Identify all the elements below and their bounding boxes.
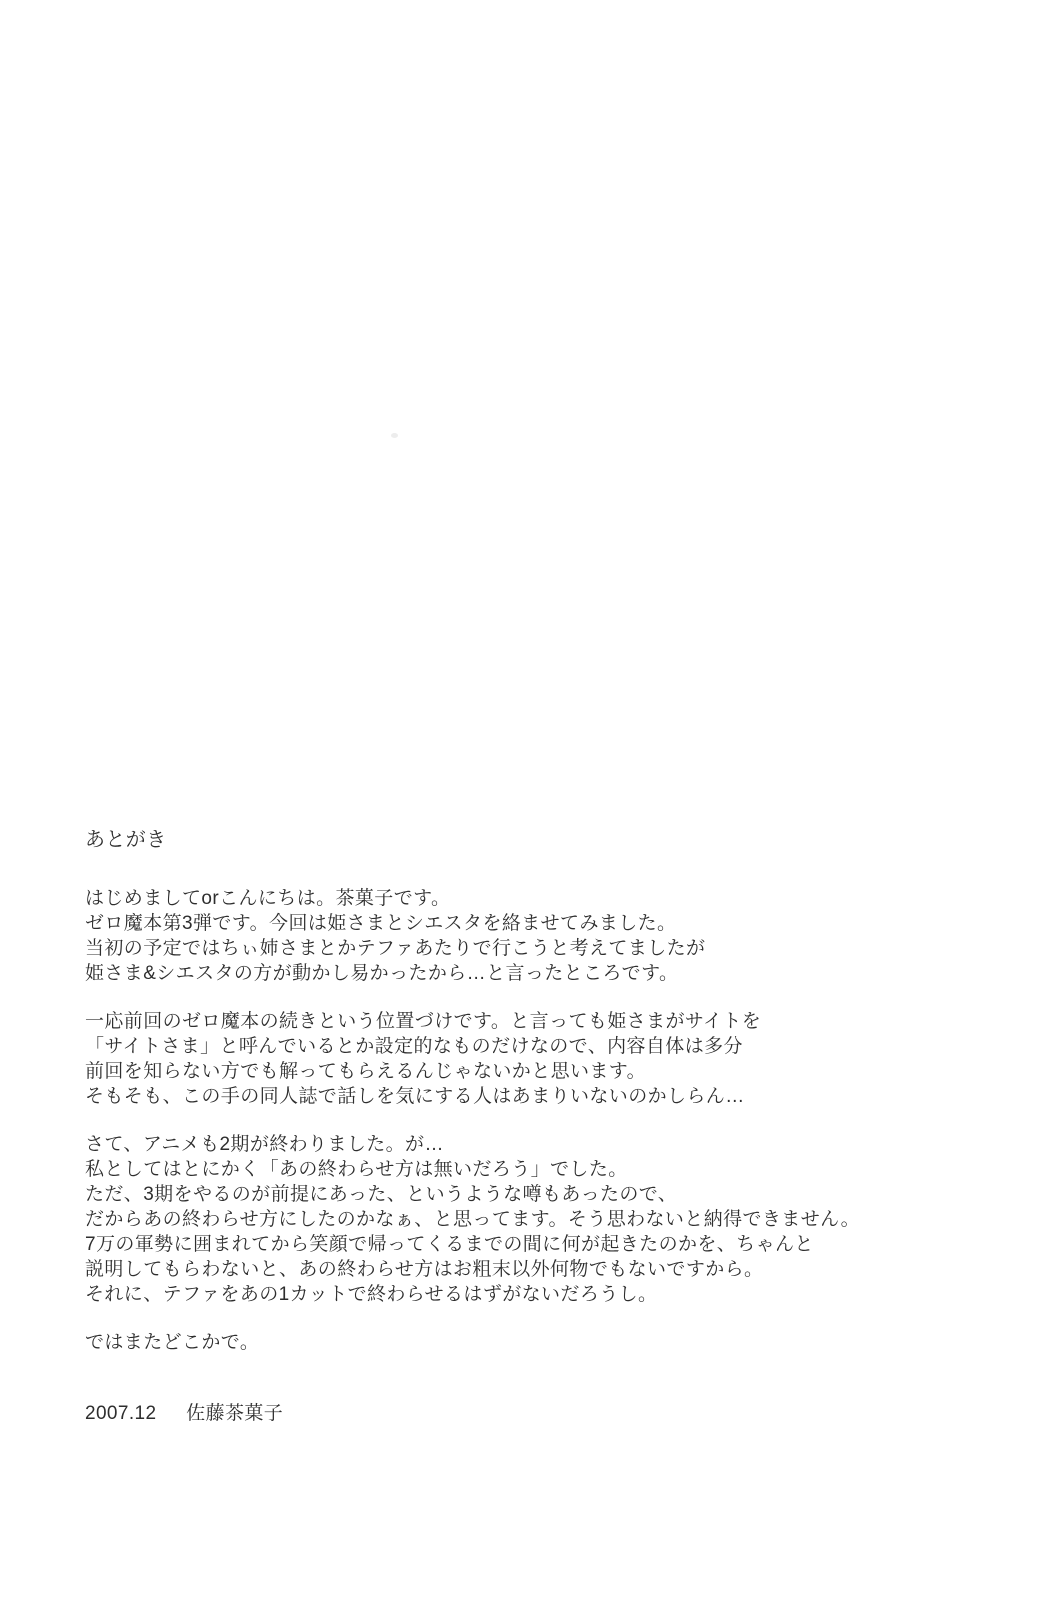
text-line: 7万の軍勢に囲まれてから笑顔で帰ってくるまでの間に何が起きたのかを、ちゃんと: [85, 1232, 985, 1257]
afterword-page: あとがき はじめましてorこんにちは。茶菓子です。ゼロ魔本第3弾です。今回は姫さ…: [0, 0, 1056, 1600]
text-line: 姫さま&シエスタの方が動かし易かったから…と言ったところです。: [85, 961, 985, 986]
closing-line: ではまたどこかで。: [85, 1330, 985, 1355]
text-line: はじめましてorこんにちは。茶菓子です。: [85, 886, 985, 911]
text-line: ただ、3期をやるのが前提にあった、というような噂もあったので、: [85, 1182, 985, 1207]
signature-date: 2007.12: [85, 1401, 156, 1426]
text-line: それに、テファをあの1カットで終わらせるはずがないだろうし。: [85, 1282, 985, 1307]
scan-artifact: [391, 433, 398, 438]
signature-author: 佐藤茶菓子: [186, 1401, 283, 1426]
paragraph: はじめましてorこんにちは。茶菓子です。ゼロ魔本第3弾です。今回は姫さまとシエス…: [85, 886, 985, 986]
signature: 2007.12 佐藤茶菓子: [85, 1401, 985, 1426]
text-line: 私としてはとにかく「あの終わらせ方は無いだろう」でした。: [85, 1157, 985, 1182]
text-line: そもそも、この手の同人誌で話しを気にする人はあまりいないのかしらん…: [85, 1084, 985, 1109]
text-line: 一応前回のゼロ魔本の続きという位置づけです。と言っても姫さまがサイトを: [85, 1009, 985, 1034]
text-line: ゼロ魔本第3弾です。今回は姫さまとシエスタを絡ませてみました。: [85, 911, 985, 936]
text-line: さて、アニメも2期が終わりました。が…: [85, 1132, 985, 1157]
afterword-content: あとがき はじめましてorこんにちは。茶菓子です。ゼロ魔本第3弾です。今回は姫さ…: [85, 828, 985, 1426]
text-line: 説明してもらわないと、あの終わらせ方はお粗末以外何物でもないですから。: [85, 1257, 985, 1282]
afterword-body: はじめましてorこんにちは。茶菓子です。ゼロ魔本第3弾です。今回は姫さまとシエス…: [85, 886, 985, 1307]
text-line: だからあの終わらせ方にしたのかなぁ、と思ってます。そう思わないと納得できません。: [85, 1207, 985, 1232]
page-title: あとがき: [85, 828, 985, 853]
paragraph: 一応前回のゼロ魔本の続きという位置づけです。と言っても姫さまがサイトを「サイトさ…: [85, 1009, 985, 1109]
text-line: 「サイトさま」と呼んでいるとか設定的なものだけなので、内容自体は多分: [85, 1034, 985, 1059]
text-line: 当初の予定ではちぃ姉さまとかテファあたりで行こうと考えてましたが: [85, 936, 985, 961]
paragraph: さて、アニメも2期が終わりました。が…私としてはとにかく「あの終わらせ方は無いだ…: [85, 1132, 985, 1307]
text-line: 前回を知らない方でも解ってもらえるんじゃないかと思います。: [85, 1059, 985, 1084]
